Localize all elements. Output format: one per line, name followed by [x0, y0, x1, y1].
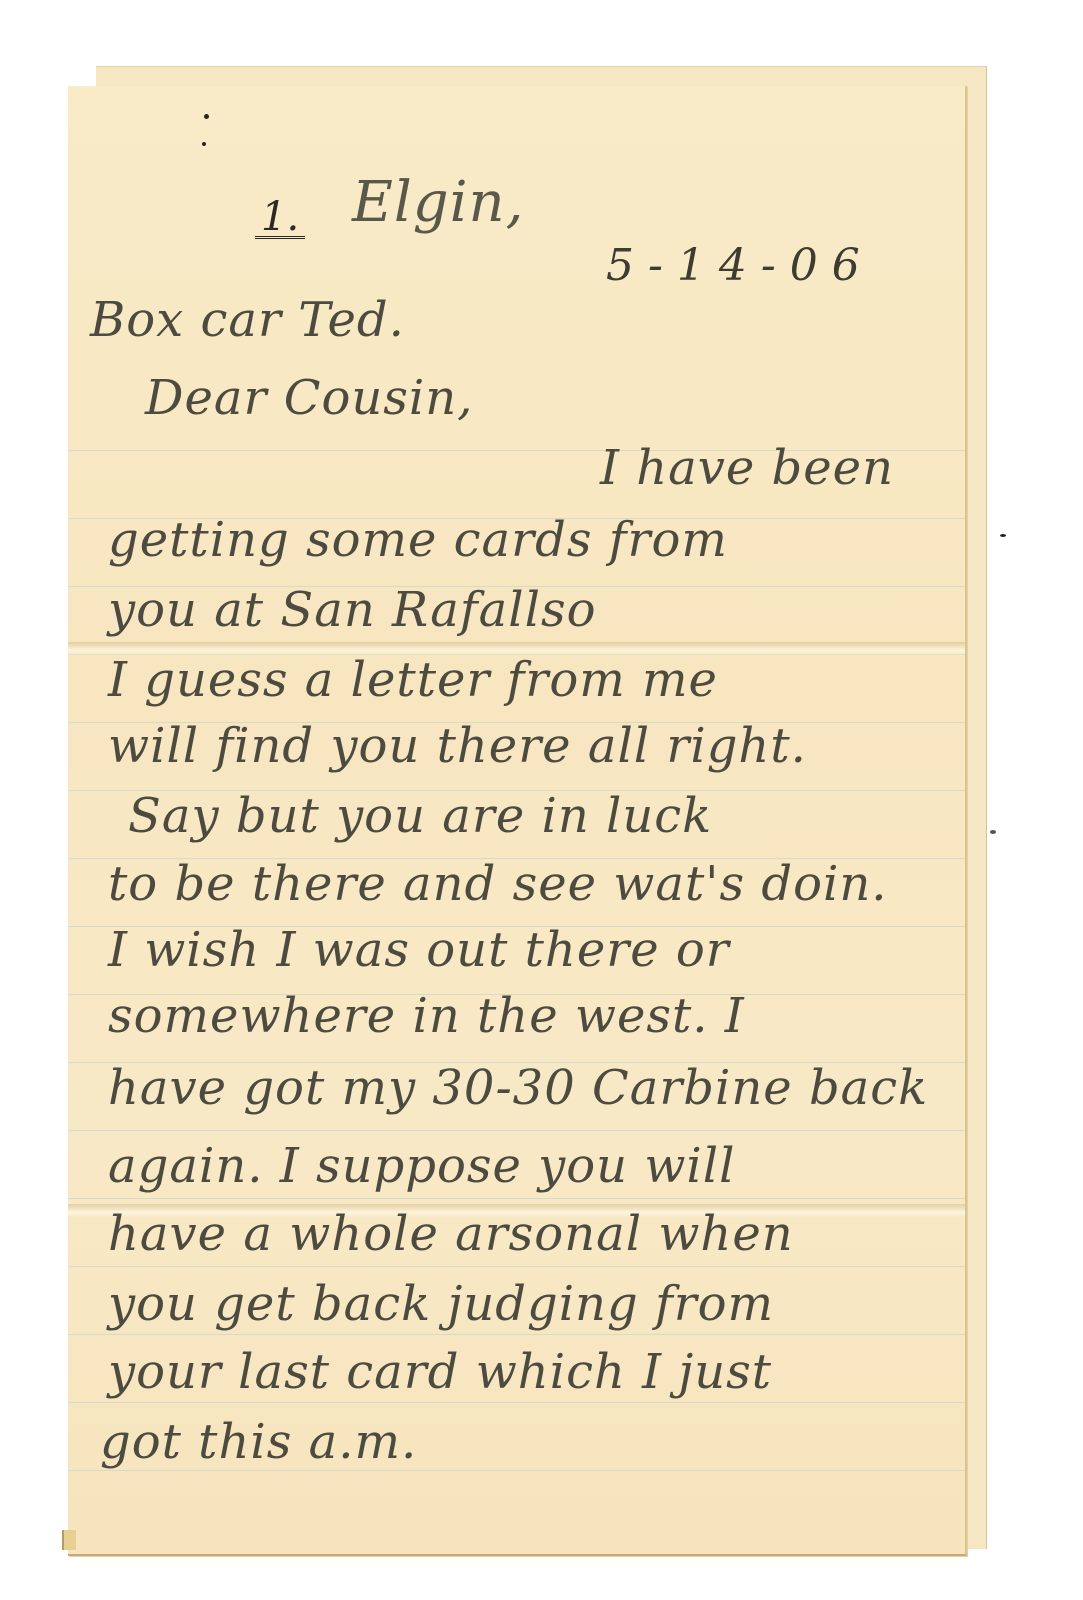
salutation: Dear Cousin,: [145, 370, 473, 426]
body-line: again. I suppose you will: [108, 1138, 735, 1194]
ink-speck: [202, 142, 206, 146]
ruled-line: [68, 1130, 965, 1131]
body-line: somewhere in the west. I: [108, 988, 745, 1044]
body-line: got this a.m.: [100, 1414, 417, 1470]
body-line: you get back judging from: [108, 1276, 774, 1332]
body-line: I guess a letter from me: [108, 652, 718, 708]
ink-speck: [204, 114, 209, 119]
body-line: will find you there all right.: [108, 718, 807, 774]
body-line: I wish I was out there or: [108, 922, 730, 978]
ruled-line: [68, 1266, 965, 1267]
body-line: have got my 30-30 Carbine back: [108, 1060, 928, 1116]
ruled-line: [68, 1198, 965, 1199]
torn-corner: [62, 1530, 76, 1550]
ruled-line: [68, 1470, 965, 1471]
letter-date: 5-14-06: [606, 240, 874, 291]
body-line: getting some cards from: [108, 512, 728, 568]
body-line: you at San Rafallso: [108, 582, 597, 638]
body-line: your last card which I just: [108, 1344, 772, 1400]
body-line: have a whole arsonal when: [108, 1206, 794, 1262]
addressee-line: Box car Ted.: [90, 292, 405, 348]
ruled-line: [68, 1334, 965, 1335]
body-line: to be there and see wat's doin.: [108, 856, 888, 912]
page-number: 1.: [255, 198, 305, 239]
ruled-line: [68, 1402, 965, 1403]
scan-speck: [1000, 534, 1006, 537]
place-heading: Elgin,: [352, 170, 524, 235]
body-line: Say but you are in luck: [128, 788, 712, 844]
body-line: I have been: [600, 440, 894, 496]
scan-speck: [990, 830, 996, 834]
